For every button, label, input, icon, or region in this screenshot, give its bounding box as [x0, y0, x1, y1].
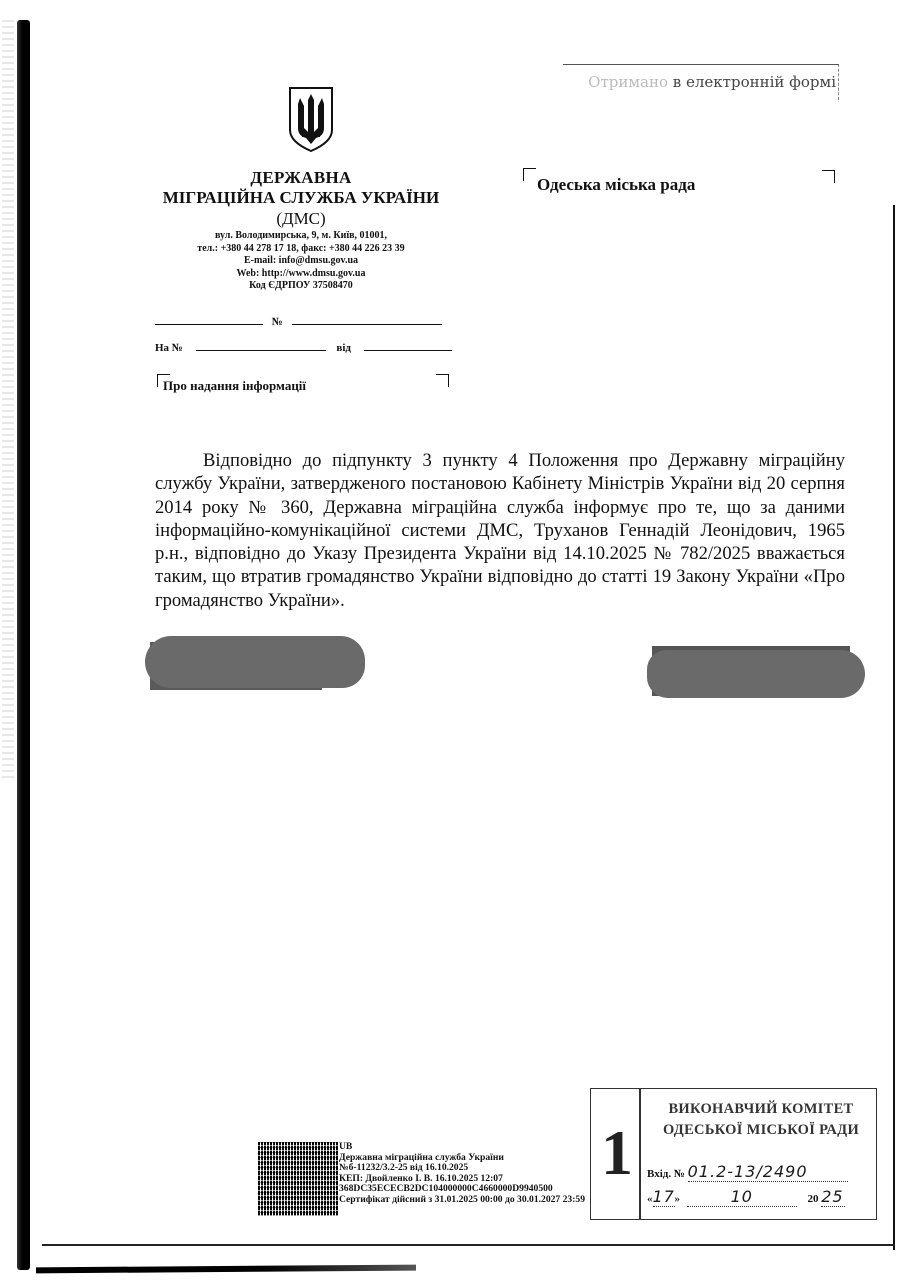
org-address: вул. Володимирська, 9, м. Київ, 01001,: [140, 230, 462, 243]
stamp-divider: [639, 1089, 641, 1219]
incoming-month: 10: [687, 1187, 797, 1207]
incoming-date-row: «17» 10 20 25: [647, 1187, 875, 1207]
addressee-bracket-left: [523, 168, 536, 181]
received-stamp-text: в електронній формі: [673, 73, 836, 91]
incoming-number-row: Вхід. № 01.2-13/2490: [647, 1162, 848, 1182]
letter-body: Відповідно до підпункту 3 пункту 4 Полож…: [155, 449, 845, 612]
incoming-day: 17: [653, 1187, 675, 1207]
org-web: Web: http://www.dmsu.gov.ua: [140, 268, 462, 281]
incoming-number-label: Вхід. №: [647, 1168, 685, 1180]
reply-number-blank: [196, 350, 326, 351]
sheet-number: 1: [601, 1121, 633, 1185]
org-edrpou: Код ЄДРПОУ 37508470: [140, 280, 462, 293]
tryzub-emblem-icon: [286, 84, 336, 154]
addressee-bracket-right: [822, 170, 835, 183]
addressee: Одеська міська рада: [537, 175, 695, 195]
subject-line: Про надання інформації: [163, 378, 306, 394]
received-electronically-stamp: Отримано в електронній формі: [563, 64, 839, 100]
received-stamp-faded-text: Отримано: [588, 73, 668, 91]
org-name-line2: МІГРАЦІЙНА СЛУЖБА УКРАЇНИ: [140, 188, 462, 208]
scan-speckle: [2, 20, 14, 780]
stamp-title-line2: ОДЕСЬКОЇ МІСЬКОЇ РАДИ: [647, 1120, 875, 1141]
org-phones: тел.: +380 44 278 17 18, факс: +380 44 2…: [140, 243, 462, 256]
reply-to-row: На № від: [155, 342, 452, 354]
incoming-number-value: 01.2-13/2490: [688, 1162, 848, 1182]
org-name-line1: ДЕРЖАВНА: [140, 168, 462, 188]
outgoing-number-row: №: [155, 316, 442, 328]
stamp-title: ВИКОНАВЧИЙ КОМІТЕТ ОДЕСЬКОЇ МІСЬКОЇ РАДИ: [647, 1099, 875, 1141]
scan-edge-left: [17, 20, 30, 1270]
scan-edge-bottom: [42, 1244, 895, 1246]
letterhead: ДЕРЖАВНА МІГРАЦІЙНА СЛУЖБА УКРАЇНИ (ДМС)…: [140, 168, 462, 293]
org-email: E-mail: info@dmsu.gov.ua: [140, 255, 462, 268]
incoming-registration-stamp: 1 ВИКОНАВЧИЙ КОМІТЕТ ОДЕСЬКОЇ МІСЬКОЇ РА…: [590, 1088, 877, 1220]
outgoing-date-blank: [155, 324, 263, 325]
body-paragraph: Відповідно до підпункту 3 пункту 4 Полож…: [155, 449, 845, 612]
on-number-label: На №: [155, 342, 183, 354]
scan-edge-right: [893, 205, 895, 1250]
qr-code: [258, 1142, 338, 1216]
scan-bar-bottom: [36, 1265, 416, 1274]
outgoing-number-blank: [292, 324, 442, 325]
subject-bracket-right: [436, 374, 449, 387]
org-abbreviation: (ДМС): [140, 208, 462, 230]
reply-date-blank: [364, 350, 452, 351]
number-label: №: [272, 316, 283, 328]
incoming-year-prefix: 20: [808, 1193, 819, 1205]
from-label: від: [336, 342, 351, 354]
stamp-title-line1: ВИКОНАВЧИЙ КОМІТЕТ: [647, 1099, 875, 1120]
incoming-year-suffix: 25: [821, 1187, 845, 1207]
